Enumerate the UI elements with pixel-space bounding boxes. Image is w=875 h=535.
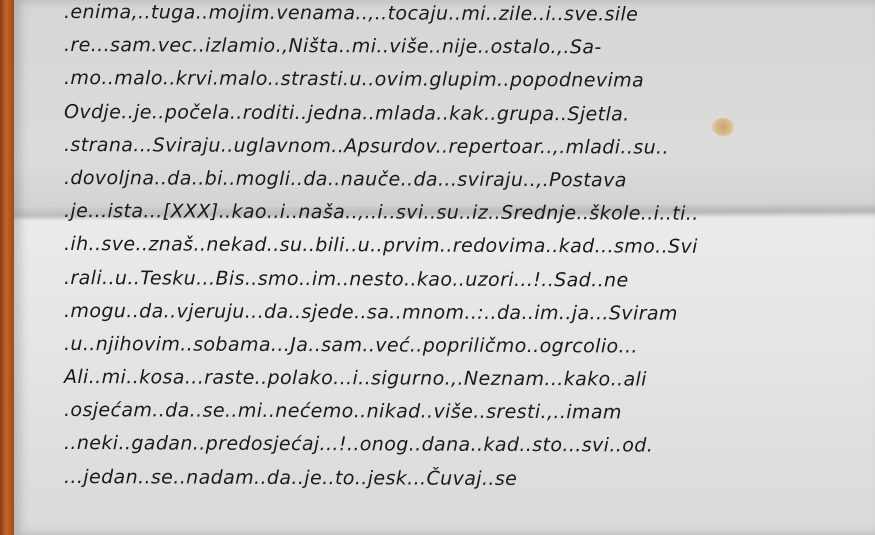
text-line-12: Ali..mi..kosa...raste..polako...i..sigur… — [64, 361, 864, 398]
text-line-11: .u..njihovim..sobama...Ja..sam..već..pop… — [64, 328, 864, 365]
text-line-6: .dovoljna..da..bi..mogli..da..nauče..da.… — [64, 162, 864, 199]
text-line-15: ...jedan..se..nadam..da..je..to..jesk...… — [64, 461, 864, 498]
wooden-table-edge — [0, 0, 14, 535]
text-line-7: .je...ista...[XXX]..kao..i..naša..,..i..… — [64, 195, 864, 232]
text-line-14: ..neki..gadan..predosjećaj...!..onog..da… — [64, 427, 864, 464]
text-line-5: .strana...Sviraju..uglavnom..Apsurdov..r… — [64, 129, 864, 166]
text-line-9: .rali..u..Tesku...Bis..smo..im..nesto..k… — [64, 262, 864, 299]
text-line-2: .re...sam.vec..izlamio.,Ništa..mi..više.… — [64, 29, 864, 66]
text-line-13: .osjećam..da..se..mi..nećemo..nikad..viš… — [64, 394, 864, 431]
text-line-10: .mogu..da..vjeruju...da..sjede..sa..mnom… — [64, 295, 864, 332]
handwritten-text-block: .enima,..tuga..mojim.venama..,..tocaju..… — [64, 0, 864, 494]
text-line-4: Ovdje..je..počela..roditi..jedna..mlada.… — [64, 96, 864, 133]
text-line-8: .ih..sve..znaš..nekad..su..bili..u..prvi… — [64, 228, 864, 265]
text-line-3: .mo..malo..krvi.malo..strasti.u..ovim.gl… — [64, 62, 864, 99]
letter-photo: .enima,..tuga..mojim.venama..,..tocaju..… — [0, 0, 875, 535]
text-line-1: .enima,..tuga..mojim.venama..,..tocaju..… — [64, 0, 864, 33]
